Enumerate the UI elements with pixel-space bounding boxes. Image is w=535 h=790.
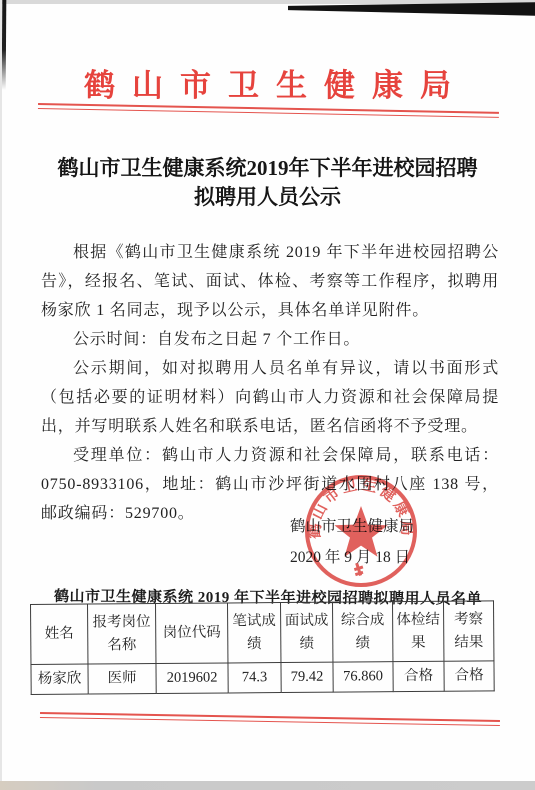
header-written-score: 笔试成绩 [227, 603, 280, 663]
roster-table: 姓名 报考岗位名称 岗位代码 笔试成绩 面试成绩 综合成绩 体检结果 考察结果 … [30, 600, 495, 695]
cell-overall-score: 76.860 [333, 662, 393, 692]
scan-edge-top [0, 0, 535, 4]
document-body: 根据《鹤山市卫生健康系统 2019 年下半年进校园招聘公告》，经报名、笔试、面试… [41, 238, 499, 528]
header-position-name: 报考岗位名称 [88, 604, 156, 665]
header-name: 姓名 [31, 604, 88, 664]
cell-physical-result: 合格 [393, 661, 444, 691]
scanned-document-page: 鹤山市卫生健康局 鹤山市卫生健康系统2019年下半年进校园招聘 拟聘用人员公示 … [0, 0, 535, 790]
scan-edge-bottom [0, 781, 535, 790]
cell-inspection-result: 合格 [444, 661, 494, 691]
scan-edge-left-light [0, 0, 2, 790]
cell-position-name: 医师 [88, 664, 156, 695]
scan-edge-top-right [288, 2, 535, 16]
signature-org: 鹤山市卫生健康局 [290, 511, 420, 542]
letterhead-rule [38, 103, 499, 118]
document-title: 鹤山市卫生健康系统2019年下半年进校园招聘 拟聘用人员公示 [0, 154, 535, 212]
header-position-code: 岗位代码 [156, 603, 228, 664]
signature-block: 鹤山市卫生健康局 2020 年 9 月 18 日 [290, 511, 420, 573]
paragraph-contact: 受理单位：鹤山市人力资源和社会保障局，联系电话：0750-8933106，地址：… [41, 441, 499, 528]
header-physical-result: 体检结果 [392, 601, 443, 661]
paragraph-period: 公示时间：自发布之日起 7 个工作日。 [41, 325, 499, 354]
cell-name: 杨家欣 [31, 664, 88, 694]
cell-position-code: 2019602 [156, 663, 228, 694]
paragraph-objection: 公示期间，如对拟聘用人员名单有异议，请以书面形式（包括必要的证明材料）向鹤山市人… [41, 354, 499, 441]
footer-rule [40, 712, 500, 726]
letterhead-org-name: 鹤山市卫生健康局 [0, 60, 535, 105]
document-title-line1: 鹤山市卫生健康系统2019年下半年进校园招聘 [0, 154, 535, 183]
cell-interview-score: 79.42 [281, 662, 333, 692]
roster-data-row: 杨家欣 医师 2019602 74.3 79.42 76.860 合格 合格 [31, 661, 494, 695]
signature-date: 2020 年 9 月 18 日 [290, 542, 420, 573]
cell-written-score: 74.3 [228, 663, 281, 693]
header-overall-score: 综合成绩 [332, 602, 392, 662]
paragraph-basis: 根据《鹤山市卫生健康系统 2019 年下半年进校园招聘公告》，经报名、笔试、面试… [41, 238, 499, 325]
header-inspection-result: 考察结果 [443, 601, 493, 661]
roster-header-row: 姓名 报考岗位名称 岗位代码 笔试成绩 面试成绩 综合成绩 体检结果 考察结果 [31, 601, 494, 665]
document-title-line2: 拟聘用人员公示 [0, 183, 535, 212]
header-interview-score: 面试成绩 [280, 602, 332, 662]
